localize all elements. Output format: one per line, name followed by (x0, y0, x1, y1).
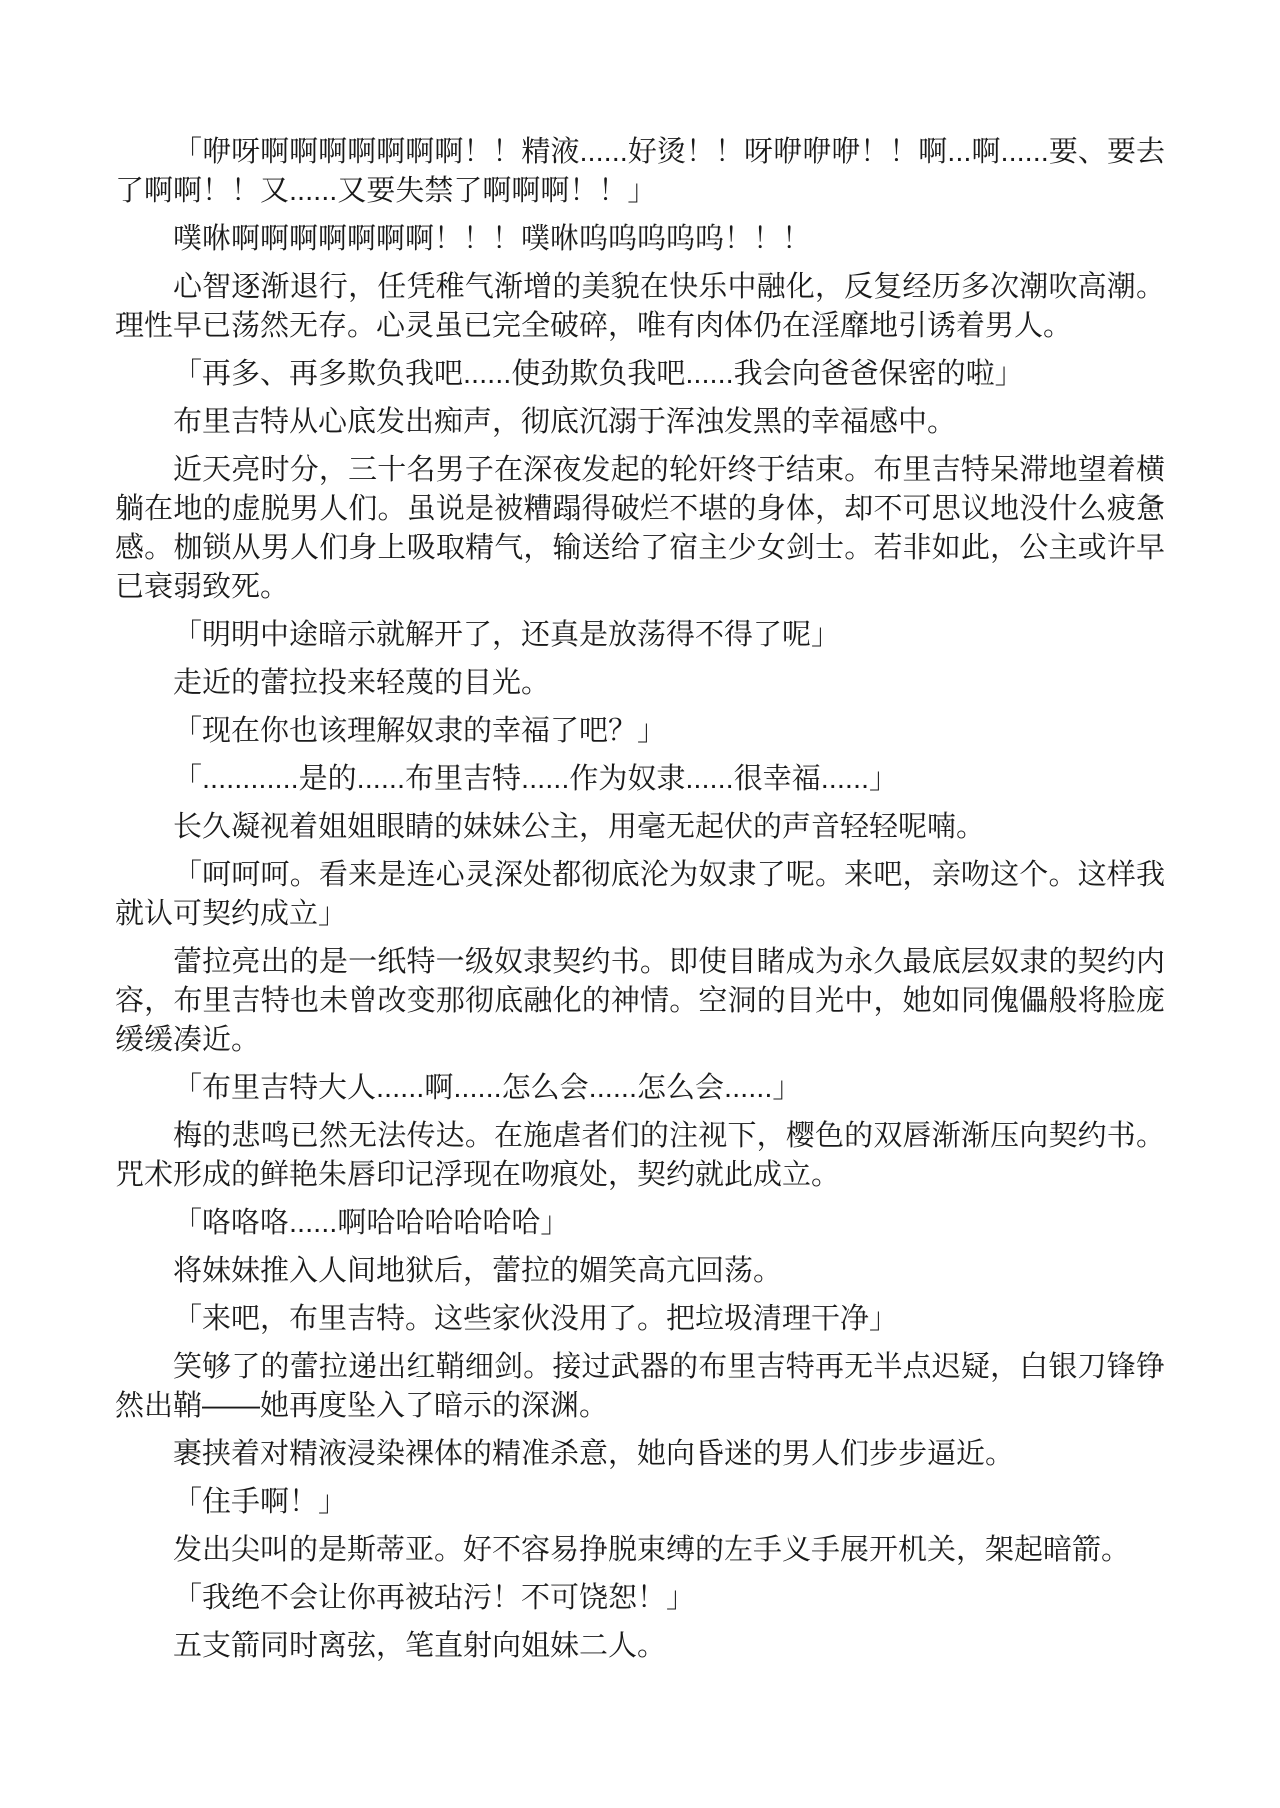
paragraph-23: 「我绝不会让你再被玷污！不可饶恕！」 (115, 1579, 1165, 1618)
paragraph-21: 「住手啊！」 (115, 1483, 1165, 1522)
paragraph-17: 将妹妹推入人间地狱后，蕾拉的媚笑高亢回荡。 (115, 1252, 1165, 1291)
paragraph-12: 「呵呵呵。看来是连心灵深处都彻底沦为奴隶了呢。来吧，亲吻这个。这样我就认可契约成… (115, 856, 1165, 934)
paragraph-03: 心智逐渐退行，任凭稚气渐增的美貌在快乐中融化，反复经历多次潮吹高潮。理性早已荡然… (115, 268, 1165, 346)
novel-page: 「咿呀啊啊啊啊啊啊啊！！精液......好烫！！呀咿咿咿！！啊...啊.....… (0, 0, 1280, 1808)
paragraph-22: 发出尖叫的是斯蒂亚。好不容易挣脱束缚的左手义手展开机关，架起暗箭。 (115, 1531, 1165, 1570)
paragraph-14: 「布里吉特大人......啊......怎么会......怎么会......」 (115, 1069, 1165, 1108)
paragraph-24: 五支箭同时离弦，笔直射向姐妹二人。 (115, 1627, 1165, 1666)
paragraph-13: 蕾拉亮出的是一纸特一级奴隶契约书。即使目睹成为永久最底层奴隶的契约内容，布里吉特… (115, 943, 1165, 1060)
paragraph-07: 「明明中途暗示就解开了，还真是放荡得不得了呢」 (115, 616, 1165, 655)
paragraph-08: 走近的蕾拉投来轻蔑的目光。 (115, 664, 1165, 703)
paragraph-19: 笑够了的蕾拉递出红鞘细剑。接过武器的布里吉特再无半点迟疑，白银刀锋铮然出鞘——她… (115, 1348, 1165, 1426)
paragraph-05: 布里吉特从心底发出痴声，彻底沉溺于浑浊发黑的幸福感中。 (115, 403, 1165, 442)
paragraph-01: 「咿呀啊啊啊啊啊啊啊！！精液......好烫！！呀咿咿咿！！啊...啊.....… (115, 133, 1165, 211)
paragraph-04: 「再多、再多欺负我吧......使劲欺负我吧......我会向爸爸保密的啦」 (115, 355, 1165, 394)
paragraph-06: 近天亮时分，三十名男子在深夜发起的轮奸终于结束。布里吉特呆滞地望着横躺在地的虚脱… (115, 451, 1165, 607)
paragraph-15: 梅的悲鸣已然无法传达。在施虐者们的注视下，樱色的双唇渐渐压向契约书。咒术形成的鲜… (115, 1117, 1165, 1195)
paragraph-09: 「现在你也该理解奴隶的幸福了吧？」 (115, 712, 1165, 751)
paragraph-20: 裹挟着对精液浸染裸体的精准杀意，她向昏迷的男人们步步逼近。 (115, 1435, 1165, 1474)
paragraph-16: 「咯咯咯......啊哈哈哈哈哈哈」 (115, 1204, 1165, 1243)
paragraph-10: 「............是的......布里吉特......作为奴隶.....… (115, 760, 1165, 799)
paragraph-02: 噗咻啊啊啊啊啊啊啊！！！噗咻呜呜呜呜呜！！！ (115, 220, 1165, 259)
paragraph-18: 「来吧，布里吉特。这些家伙没用了。把垃圾清理干净」 (115, 1300, 1165, 1339)
paragraph-11: 长久凝视着姐姐眼睛的妹妹公主，用毫无起伏的声音轻轻呢喃。 (115, 808, 1165, 847)
